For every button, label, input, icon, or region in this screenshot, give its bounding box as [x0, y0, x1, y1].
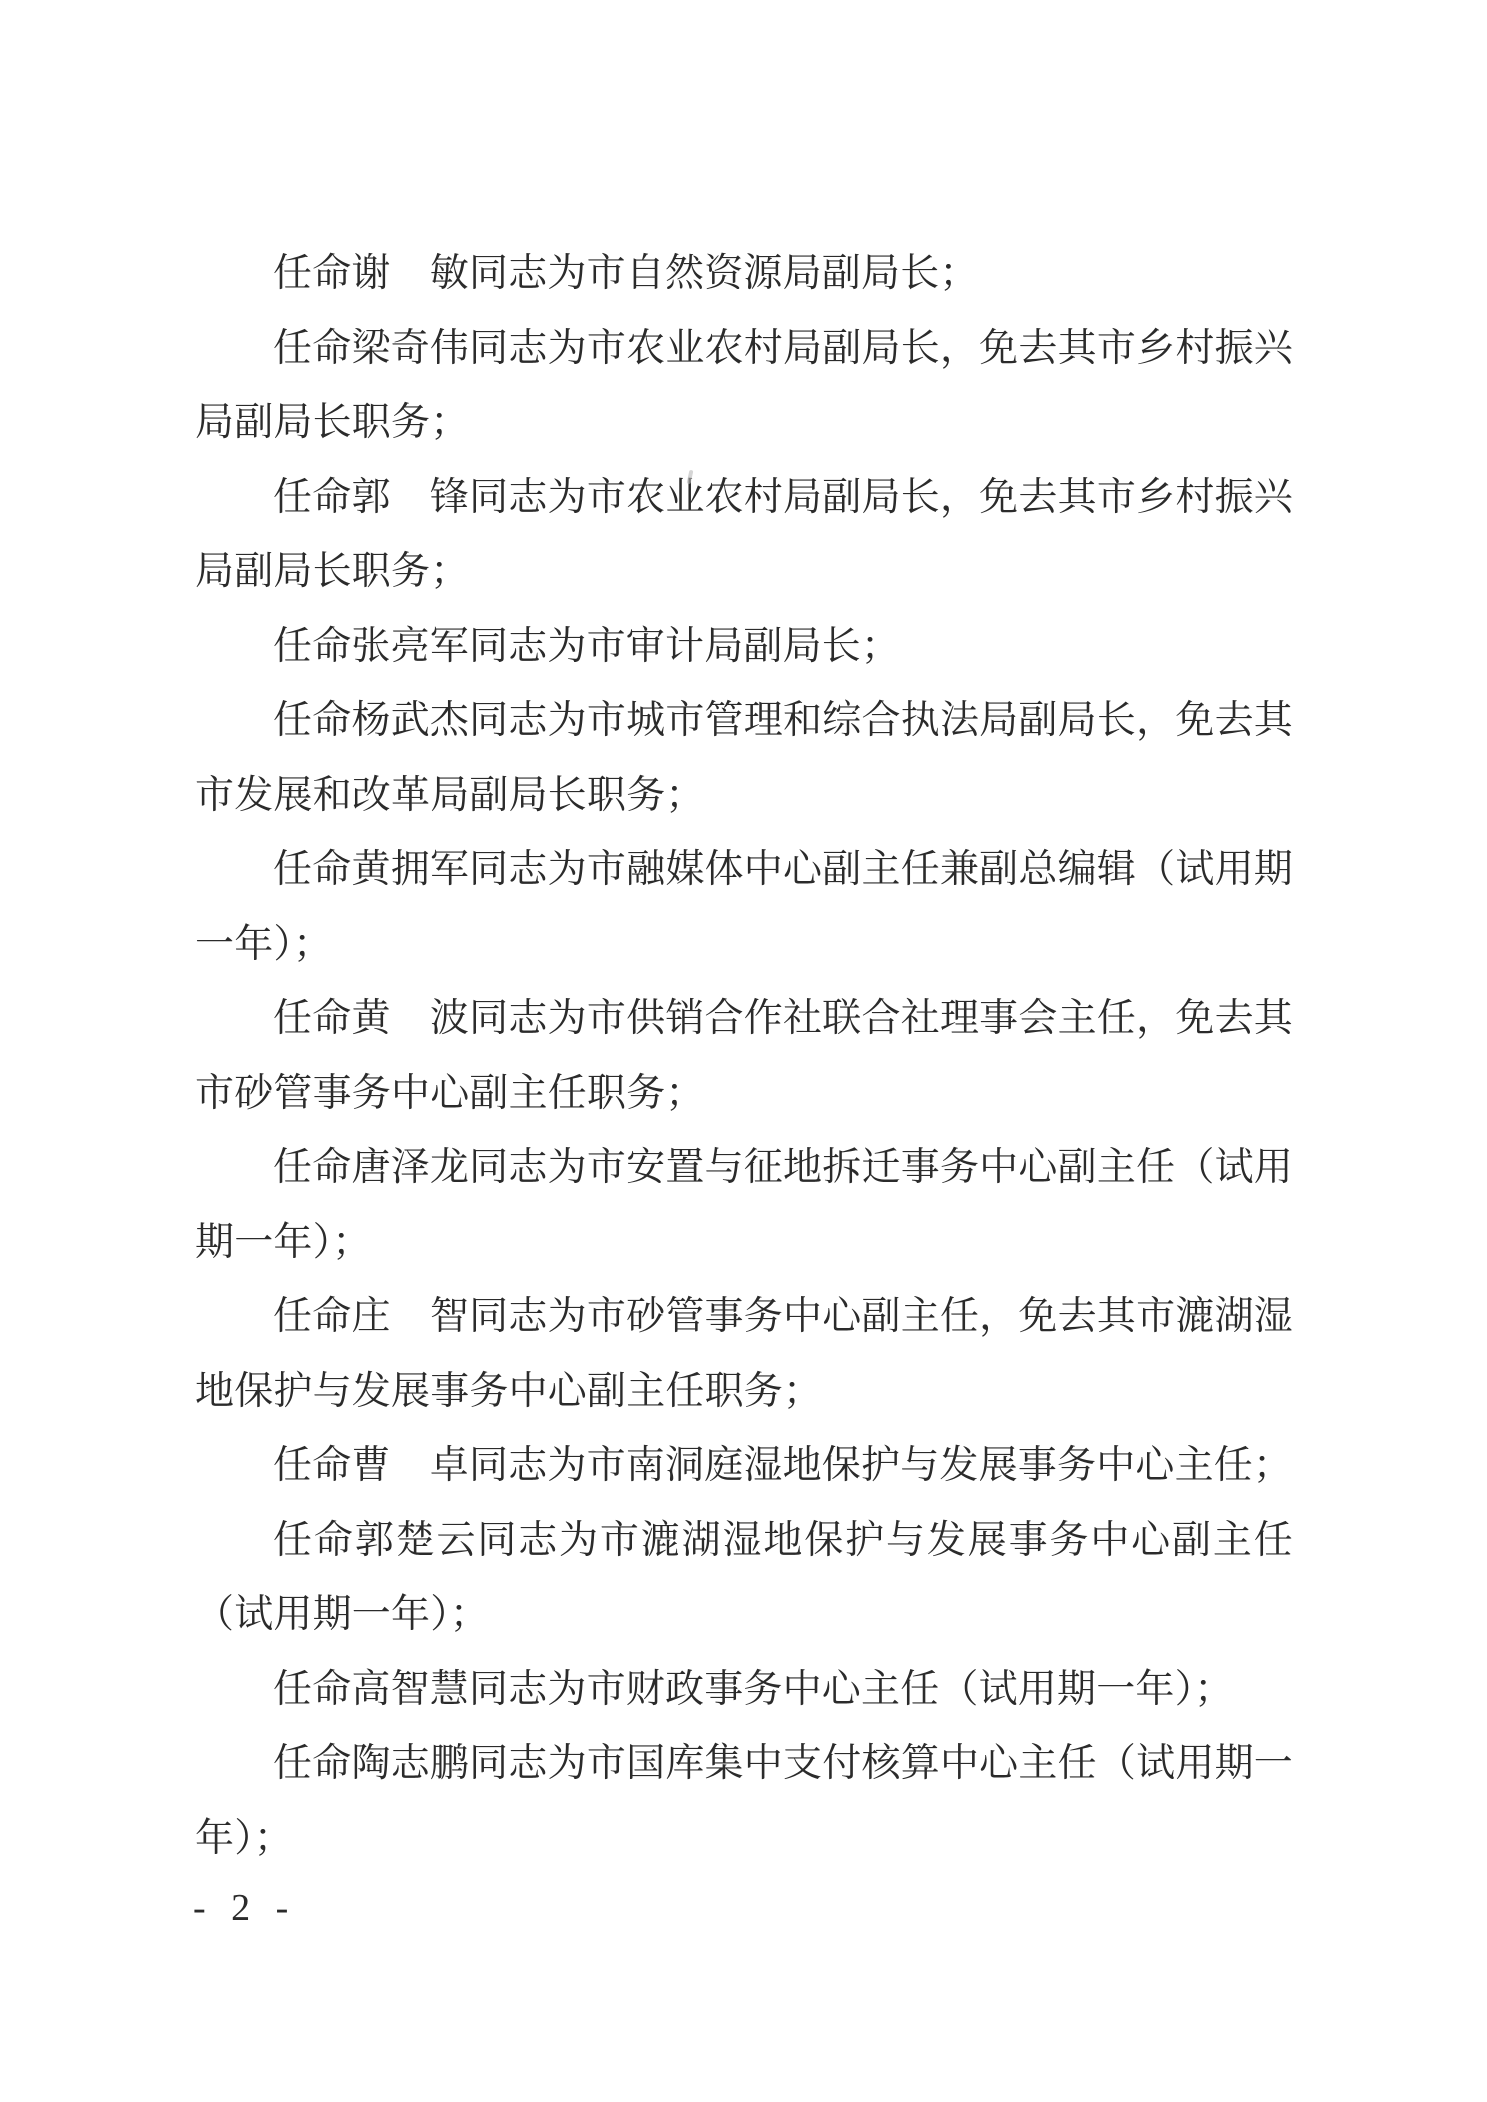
paragraph: 任命郭楚云同志为市漉湖湿地保护与发展事务中心副主任（试用期一年）；	[195, 1504, 1293, 1653]
paragraph: 任命谢 敏同志为市自然资源局副局长；	[195, 237, 1293, 312]
paragraph: 任命杨武杰同志为市城市管理和综合执法局副局长，免去其市发展和改革局副局长职务；	[195, 684, 1293, 833]
paragraph: 任命黄拥军同志为市融媒体中心副主任兼副总编辑（试用期一年）；	[195, 833, 1293, 982]
scanned-document-page: 任命谢 敏同志为市自然资源局副局长；任命梁奇伟同志为市农业农村局副局长，免去其市…	[0, 0, 1487, 2102]
paragraph: 任命高智慧同志为市财政事务中心主任（试用期一年）；	[195, 1653, 1293, 1728]
paragraph: 任命唐泽龙同志为市安置与征地拆迁事务中心副主任（试用期一年）；	[195, 1131, 1293, 1280]
paragraph: 任命张亮军同志为市审计局副局长；	[195, 610, 1293, 685]
document-body: 任命谢 敏同志为市自然资源局副局长；任命梁奇伟同志为市农业农村局副局长，免去其市…	[195, 237, 1293, 1876]
paragraph: 任命庄 智同志为市砂管事务中心副主任，免去其市漉湖湿地保护与发展事务中心副主任职…	[195, 1280, 1293, 1429]
paragraph: 任命黄 波同志为市供销合作社联合社理事会主任，免去其市砂管事务中心副主任职务；	[195, 982, 1293, 1131]
paragraph: 任命郭 锋同志为市农业农村局副局长，免去其市乡村振兴局副局长职务；	[195, 461, 1293, 610]
paragraph: 任命梁奇伟同志为市农业农村局副局长，免去其市乡村振兴局副局长职务；	[195, 312, 1293, 461]
paragraph: 任命陶志鹏同志为市国库集中支付核算中心主任（试用期一年）；	[195, 1727, 1293, 1876]
paragraph: 任命曹 卓同志为市南洞庭湿地保护与发展事务中心主任；	[195, 1429, 1293, 1504]
page-number: - 2 -	[193, 1886, 296, 1930]
